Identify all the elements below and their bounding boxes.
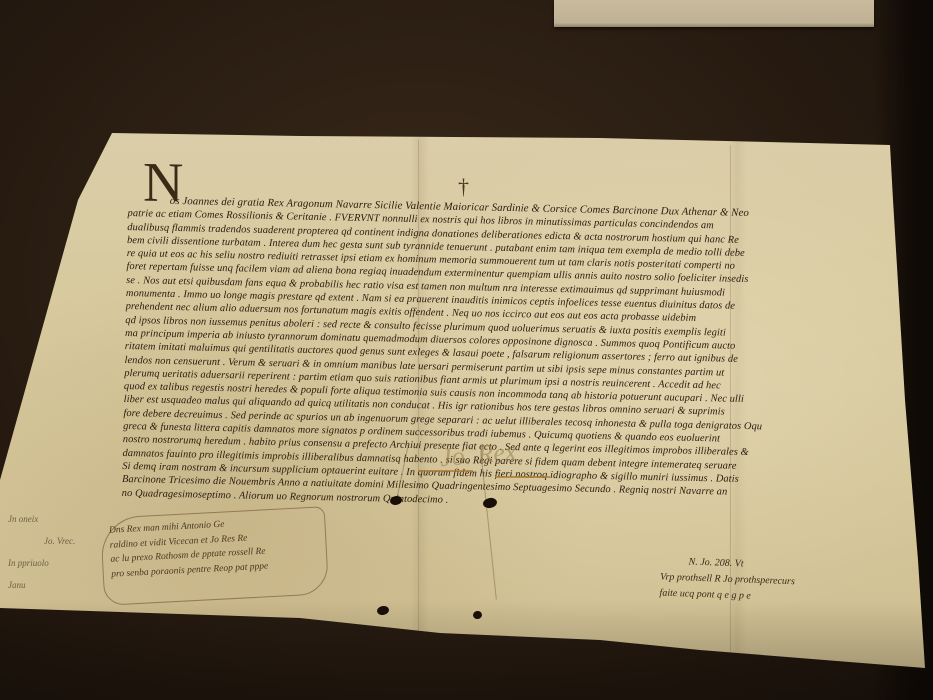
chancery-annotation: Dns Rex man mihi Antonio Ge raldino et v…: [109, 512, 332, 581]
cross-icon: †: [458, 176, 472, 204]
parchment-charter: N † os Joannes dei gratia Rex Aragonum N…: [0, 0, 933, 700]
margin-note: In ppriuolo: [8, 552, 108, 574]
case-shadow: [0, 600, 933, 700]
signature-stroke: [418, 470, 473, 472]
margin-note: Janu: [8, 574, 108, 596]
signature-stroke: [495, 476, 550, 478]
margin-note: Jn oneix: [8, 508, 108, 530]
margin-note: Jo. Vrec.: [8, 530, 108, 552]
museum-label-card: [554, 0, 874, 27]
margin-notes-left: Jn oneix Jo. Vrec. In ppriuolo Janu: [8, 508, 108, 596]
